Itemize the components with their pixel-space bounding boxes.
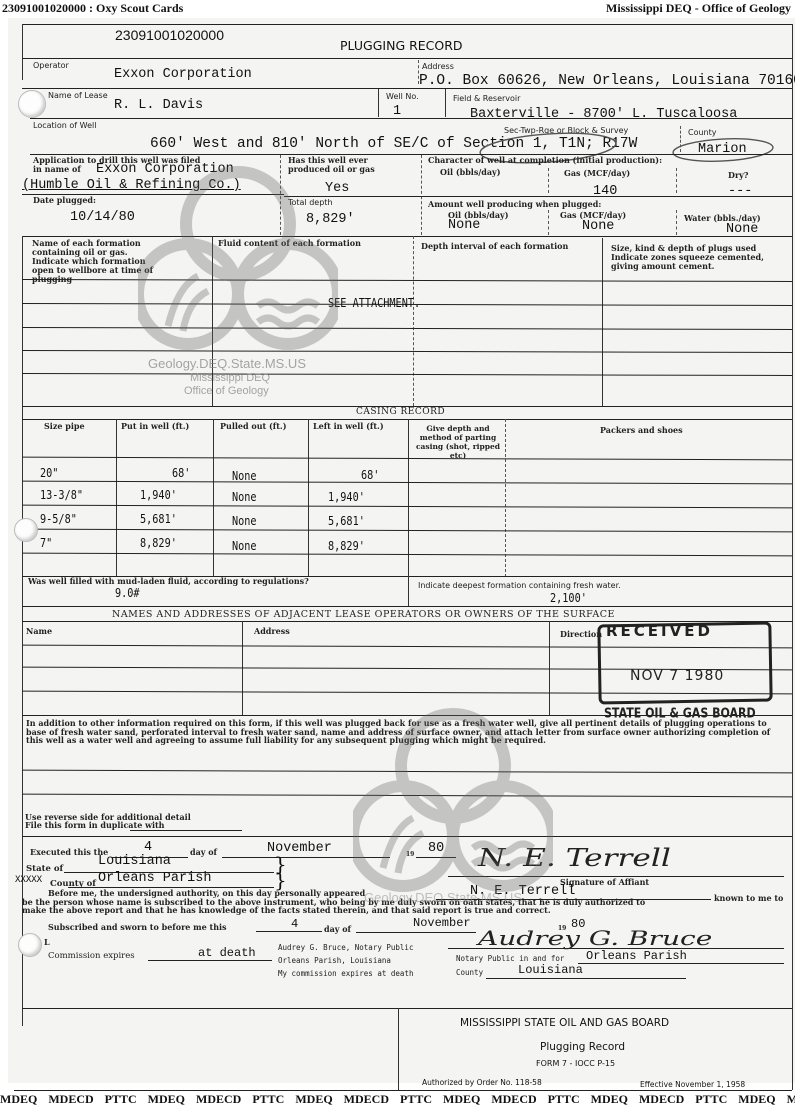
field-value: Baxterville - 8700' L. Tuscaloosa xyxy=(470,107,737,122)
footer-order: Authorized by Order No. 118-58 xyxy=(422,1078,542,1087)
blank xyxy=(356,932,476,933)
casing-put: 68' xyxy=(172,466,190,480)
divider xyxy=(445,89,446,117)
table-row-line xyxy=(22,553,792,557)
table-row-line xyxy=(22,373,792,376)
divider xyxy=(22,58,792,59)
table-row-line xyxy=(22,505,792,509)
formation-name-header: Name of each formation containing oil or… xyxy=(32,239,157,284)
watermark-url: Geology.DEQ.State.MS.US xyxy=(364,890,522,905)
divider xyxy=(22,1008,792,1009)
divider xyxy=(284,196,792,197)
casing-header-pulled: Pulled out (ft.) xyxy=(220,422,287,431)
divider xyxy=(548,168,549,193)
divider xyxy=(421,155,422,235)
plugged-gas-value: None xyxy=(582,219,614,234)
well-no-label: Well No. xyxy=(386,92,419,101)
adjacent-title: NAMES AND ADDRESSES OF ADJACENT LEASE OP… xyxy=(112,609,615,620)
blank xyxy=(486,978,686,979)
duplicate-blank xyxy=(130,830,242,831)
agency-title: Mississippi DEQ - Office of Geology xyxy=(606,1,791,16)
punch-hole xyxy=(18,90,46,118)
address-label: Address xyxy=(422,62,454,71)
divider xyxy=(676,210,677,235)
casing-left: 5,681' xyxy=(328,514,365,528)
dry-label: Dry? xyxy=(728,171,749,180)
plugs-header: Size, kind & depth of plugs used Indicat… xyxy=(611,244,791,271)
adjacent-address-header: Address xyxy=(254,627,290,636)
divider xyxy=(602,238,603,406)
divider xyxy=(22,606,792,607)
footer-ticker: MDEQ MDECD PTTC MDEQ MDECD PTTC MDEQ MDE… xyxy=(0,1092,795,1109)
fluid-content-header: Fluid content of each formation xyxy=(218,239,361,248)
application-label-2: in name of xyxy=(33,165,81,174)
plugged-oil-value: None xyxy=(448,218,480,233)
divider xyxy=(22,715,792,716)
location-label: Location of Well xyxy=(33,121,96,130)
plugged-water-value: None xyxy=(726,222,758,237)
divider xyxy=(676,168,677,193)
produced-value: Yes xyxy=(325,181,349,196)
divider xyxy=(413,236,414,406)
duplicate-note: File this form in duplicate with xyxy=(25,821,165,830)
commission-label: Commission expires xyxy=(48,952,135,961)
divider xyxy=(398,1008,399,1090)
casing-put: 5,681' xyxy=(140,512,177,526)
blank xyxy=(222,857,390,858)
casing-left: 1,940' xyxy=(328,490,365,504)
table-row-line xyxy=(22,350,792,353)
page-header: 23091001020000 : Oxy Scout Cards Mississ… xyxy=(0,0,795,18)
subscribed-day-of: day of xyxy=(324,925,351,934)
casing-record-title: CASING RECORD xyxy=(356,407,445,417)
application-value-1: Exxon Corporation xyxy=(96,162,234,177)
divider xyxy=(22,836,792,837)
commission-value: at death xyxy=(198,946,256,960)
watermark-url: Geology.DEQ.State.MS.US xyxy=(148,356,306,371)
notary-state: Louisiana xyxy=(518,963,583,977)
divider xyxy=(22,24,792,25)
see-attachment-note: SEE ATTACHMENT. xyxy=(328,296,420,310)
fresh-water-value: 2,100' xyxy=(550,591,587,605)
lease-label: Name of Lease xyxy=(48,91,108,100)
lease-value: R. L. Davis xyxy=(114,98,203,113)
table-row-line xyxy=(22,529,792,533)
api-number: 23091001020000 xyxy=(115,27,224,43)
affidavit-body-3: make the above report and that he has kn… xyxy=(22,906,551,915)
divider xyxy=(378,89,379,117)
notary-signature: Audrey G. Bruce xyxy=(478,926,712,950)
divider xyxy=(408,576,409,606)
mud-value: 9.0# xyxy=(115,586,140,600)
plugging-record-form: 23091001020000 PLUGGING RECORD Operator … xyxy=(8,18,795,1083)
notary-stamp-1: Audrey G. Bruce, Notary Public xyxy=(278,944,413,953)
total-depth-label: Total depth xyxy=(288,198,333,207)
divider xyxy=(22,419,792,420)
casing-header-left: Left in well (ft.) xyxy=(313,422,384,431)
casing-size: 9-5/8" xyxy=(40,512,77,526)
executed-label: Executed this the xyxy=(30,848,108,857)
casing-put: 1,940' xyxy=(140,488,177,502)
date-plugged-value: 10/14/80 xyxy=(70,210,135,225)
casing-left: 8,829' xyxy=(328,539,365,553)
casing-header-packers: Packers and shoes xyxy=(600,426,683,435)
divider xyxy=(22,236,792,237)
divider xyxy=(22,24,23,80)
divider xyxy=(280,155,281,235)
casing-pulled: None xyxy=(232,514,257,528)
punch-hole xyxy=(14,518,38,542)
produced-label-2: produced oil or gas xyxy=(288,165,375,174)
initial-gas-label: Gas (MCF/day) xyxy=(564,169,630,178)
form-right-border xyxy=(792,24,793,1090)
total-depth-value: 8,829' xyxy=(306,212,355,227)
subscribed-day: 4 xyxy=(291,917,298,931)
footer-form-number: FORM 7 - IOCC P-15 xyxy=(536,1059,615,1068)
fresh-water-label: Indicate deepest formation containing fr… xyxy=(418,581,621,590)
notary-stamp-3: My commission expires at death xyxy=(278,970,413,979)
divider xyxy=(14,1090,792,1091)
adjacent-direction-header: Direction xyxy=(560,630,602,639)
character-label: Character of well at completion (initial… xyxy=(428,156,662,165)
application-value-2: (Humble Oil & Refining Co.) xyxy=(22,178,241,193)
form-title: PLUGGING RECORD xyxy=(340,38,463,53)
well-no-value: 1 xyxy=(393,104,401,119)
agency-name: MISSISSIPPI STATE OIL AND GAS BOARD xyxy=(460,1017,669,1029)
executed-day: 4 xyxy=(144,840,152,855)
footer-form-name: Plugging Record xyxy=(540,1041,625,1053)
county-strikeout: XXXXX xyxy=(15,875,42,885)
operator-label: Operator xyxy=(33,61,69,70)
adjacent-name-header: Name xyxy=(26,627,52,636)
mud-label: Was well filled with mud-laden fluid, ac… xyxy=(28,577,309,586)
subscribed-month: November xyxy=(413,916,471,930)
producing-label: Amount well producing when plugged: xyxy=(428,200,601,209)
casing-size: 20" xyxy=(40,466,58,480)
casing-header-size: Size pipe xyxy=(44,422,85,431)
casing-header-parting: Give depth and method of parting casing … xyxy=(412,424,504,460)
document-id-title: 23091001020000 : Oxy Scout Cards xyxy=(2,1,183,16)
seal-label: L xyxy=(44,938,50,947)
casing-size: 7" xyxy=(40,536,52,550)
notary-county-label: County xyxy=(456,969,483,978)
stamp-date: NOV 7 1980 xyxy=(630,668,724,684)
initial-oil-label: Oil (bbls/day) xyxy=(440,168,500,177)
notary-parish: Orleans Parish xyxy=(586,949,687,963)
blank xyxy=(148,960,272,961)
address-value: P.O. Box 60626, New Orleans, Louisiana 7… xyxy=(419,73,795,89)
blank xyxy=(256,931,322,932)
casing-pulled: None xyxy=(232,539,257,553)
watermark-agency: Mississippi DEQ xyxy=(190,372,270,384)
table-row-line xyxy=(22,481,792,485)
depth-interval-header: Depth interval of each formation xyxy=(421,242,568,251)
year-prefix: 19 xyxy=(406,851,414,860)
notary-stamp-2: Orleans Parish, Louisiana xyxy=(278,957,391,966)
divider xyxy=(505,419,506,577)
county-value: Orleans Parish xyxy=(98,871,211,886)
divider xyxy=(22,88,792,89)
table-row-line xyxy=(22,770,792,774)
state-label: State of xyxy=(26,865,63,874)
casing-left: 68' xyxy=(361,468,379,482)
casing-size: 13-3/8" xyxy=(40,488,83,502)
casing-put: 8,829' xyxy=(140,536,177,550)
affiant-signature: N. E. Terrell xyxy=(478,844,671,872)
subscribed-label: Subscribed and sworn to before me this xyxy=(48,923,227,932)
operator-value: Exxon Corporation xyxy=(114,67,252,82)
watermark-office: Office of Geology xyxy=(184,385,269,397)
punch-hole xyxy=(18,933,42,957)
casing-pulled: None xyxy=(232,490,257,504)
field-label: Field & Reservoir xyxy=(453,94,520,103)
instructions-paragraph: In addition to other information require… xyxy=(26,719,788,745)
day-of-label: day of xyxy=(190,848,217,857)
table-row-line xyxy=(22,327,792,330)
brace: } xyxy=(274,870,287,890)
table-row-line xyxy=(22,794,792,798)
executed-year: 80 xyxy=(428,841,444,856)
casing-header-put: Put in well (ft.) xyxy=(121,422,189,431)
divider xyxy=(30,118,792,119)
blank xyxy=(416,857,456,858)
date-plugged-label: Date plugged: xyxy=(33,196,96,205)
table-row-line xyxy=(22,457,792,461)
blank xyxy=(578,963,784,964)
footer-effective: Effective November 1, 1958 xyxy=(640,1080,745,1089)
stamp-received: RECEIVED xyxy=(606,622,713,640)
divider xyxy=(548,210,549,235)
state-value: Louisiana xyxy=(98,854,171,869)
